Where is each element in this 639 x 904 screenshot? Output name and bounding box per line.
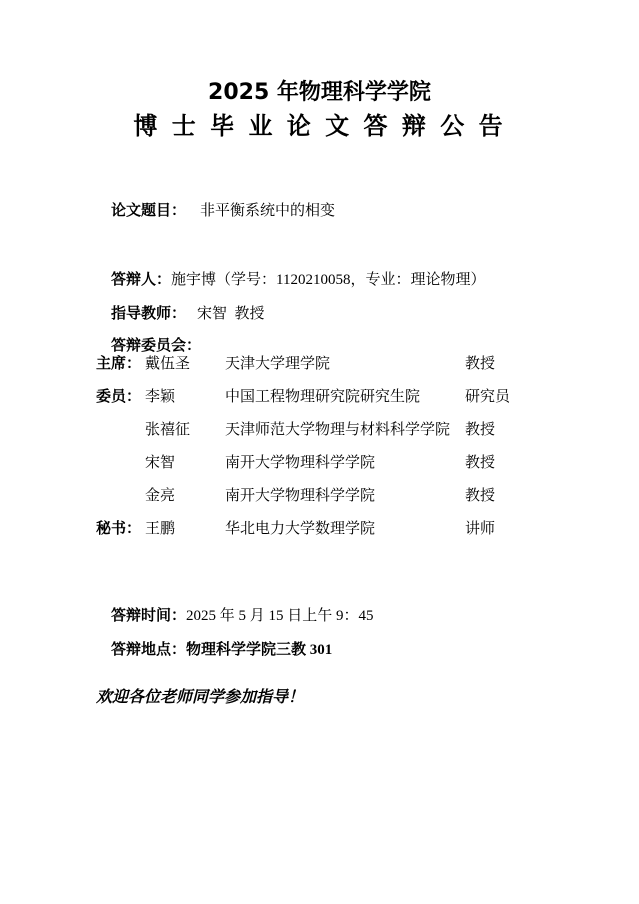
thesis-title-label: 论文题目： — [111, 203, 186, 219]
committee-table: 主席： 戴伍圣 天津大学理学院 教授 委员： 李颖 中国工程物理研究院研究生院 … — [96, 347, 599, 545]
committee-job-title: 教授 — [465, 479, 599, 512]
committee-row: 秘书： 王鹏 华北电力大学数理学院 讲师 — [96, 512, 599, 545]
committee-institution: 南开大学物理科学学院 — [225, 479, 465, 512]
committee-role: 委员： — [96, 380, 145, 413]
committee-row: 宋智 南开大学物理科学学院 教授 — [96, 446, 599, 479]
committee-name: 李颖 — [145, 380, 225, 413]
committee-institution: 华北电力大学数理学院 — [225, 512, 465, 545]
document-title-line2: 博 士 毕 业 论 文 答 辩 公 告 — [0, 111, 639, 141]
committee-row: 主席： 戴伍圣 天津大学理学院 教授 — [96, 347, 599, 380]
document-title-line1: 2025 年物理科学学院 — [0, 80, 639, 106]
welcome-message: 欢迎各位老师同学参加指导！ — [96, 688, 599, 708]
thesis-title-line: 论文题目：非平衡系统中的相变 — [96, 181, 599, 241]
committee-role — [96, 446, 145, 479]
committee-institution: 中国工程物理研究院研究生院 — [225, 380, 465, 413]
committee-institution: 南开大学物理科学学院 — [225, 446, 465, 479]
committee-job-title: 研究员 — [465, 380, 599, 413]
committee-job-title: 教授 — [465, 347, 599, 380]
committee-job-title: 教授 — [465, 413, 599, 446]
committee-name: 金亮 — [145, 479, 225, 512]
committee-name: 王鹏 — [145, 512, 225, 545]
defense-location-line: 答辩地点：物理科学学院三教 301 — [96, 620, 599, 680]
committee-name: 张禧征 — [145, 413, 225, 446]
committee-job-title: 讲师 — [465, 512, 599, 545]
thesis-title-value: 非平衡系统中的相变 — [200, 203, 335, 219]
committee-row: 委员： 李颖 中国工程物理研究院研究生院 研究员 — [96, 380, 599, 413]
committee-row: 张禧征 天津师范大学物理与材料科学学院 教授 — [96, 413, 599, 446]
committee-name: 戴伍圣 — [145, 347, 225, 380]
committee-row: 金亮 南开大学物理科学学院 教授 — [96, 479, 599, 512]
committee-role: 主席： — [96, 347, 145, 380]
committee-role: 秘书： — [96, 512, 145, 545]
committee-institution: 天津师范大学物理与材料科学学院 — [225, 413, 465, 446]
defense-location-label: 答辩地点： — [111, 642, 186, 658]
committee-name: 宋智 — [145, 446, 225, 479]
committee-role — [96, 413, 145, 446]
committee-role — [96, 479, 145, 512]
announcement-document: 2025 年物理科学学院 博 士 毕 业 论 文 答 辩 公 告 论文题目：非平… — [0, 0, 639, 904]
defense-location-value: 物理科学学院三教 301 — [186, 642, 332, 658]
committee-job-title: 教授 — [465, 446, 599, 479]
committee-institution: 天津大学理学院 — [225, 347, 465, 380]
